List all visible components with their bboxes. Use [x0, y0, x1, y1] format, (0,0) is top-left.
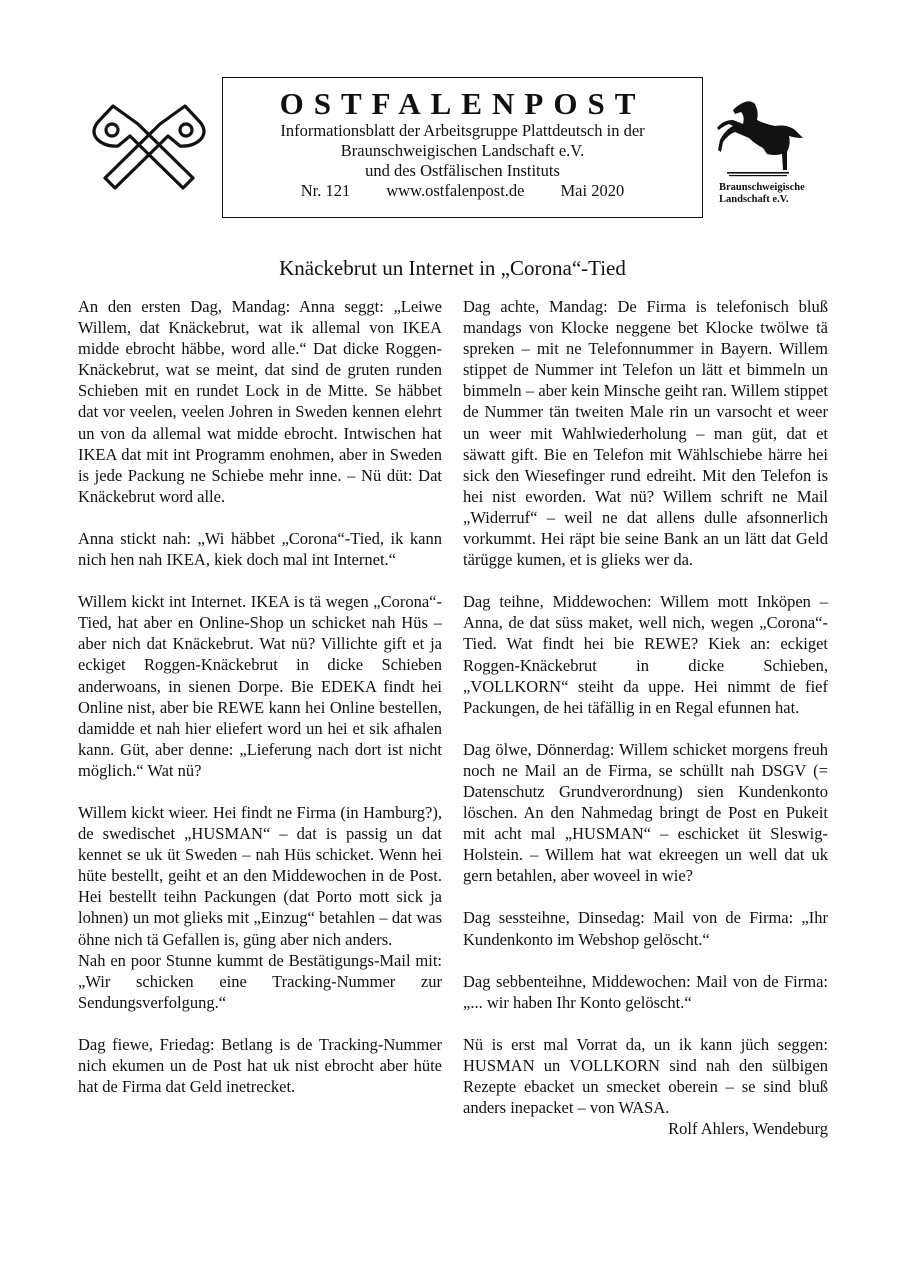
author-signature: Rolf Ahlers, Wendeburg [463, 1118, 828, 1139]
paragraph: Dag fiewe, Friedag: Betlang is de Tracki… [78, 1034, 442, 1097]
logo-caption: Braunschweigische Landschaft e.V. [719, 182, 833, 206]
publication-title: OSTFALENPOST [223, 87, 702, 121]
paragraph: Dag sebbenteihne, Middewochen: Mail von … [463, 971, 828, 1013]
paragraph: Anna stickt nah: „Wi häbbet „Corona“-Tie… [78, 528, 442, 570]
paragraph: Willem kickt int Internet. IKEA is tä we… [78, 591, 442, 781]
article-column-right: Dag achte, Mandag: De Firma is telefonis… [463, 296, 828, 1139]
website-link[interactable]: www.ostfalenpost.de [386, 181, 524, 201]
paragraph: Dag teihne, Middewochen: Willem mott Ink… [463, 591, 828, 718]
subtitle-line-1: Informationsblatt der Arbeitsgruppe Plat… [223, 121, 702, 141]
crossed-keys-icon [88, 100, 210, 192]
article-column-left: An den ersten Dag, Mandag: Anna seggt: „… [78, 296, 442, 1118]
issue-date: Mai 2020 [561, 181, 625, 201]
logo-caption-line-1: Braunschweigische [719, 182, 833, 194]
paragraph: Dag ölwe, Dönnerdag: Willem schicket mor… [463, 739, 828, 887]
paragraph: Willem kickt wieer. Hei findt ne Firma (… [78, 802, 442, 950]
paragraph: An den ersten Dag, Mandag: Anna seggt: „… [78, 296, 442, 507]
rearing-horse-icon [715, 98, 805, 180]
issue-info: Nr. 121 www.ostfalenpost.de Mai 2020 [223, 181, 702, 201]
paragraph: Dag achte, Mandag: De Firma is telefonis… [463, 296, 828, 570]
braunschweigische-landschaft-logo: Braunschweigische Landschaft e.V. [715, 98, 833, 218]
issue-number: Nr. 121 [301, 181, 351, 201]
paragraph: Dag sessteihne, Dinsedag: Mail von de Fi… [463, 907, 828, 949]
logo-caption-line-2: Landschaft e.V. [719, 194, 833, 206]
crossed-keys-logo [88, 100, 210, 192]
paragraph: Nah en poor Stunne kummt de Bestätigungs… [78, 950, 442, 1013]
subtitle-line-3: und des Ostfälischen Instituts [223, 161, 702, 181]
article-headline: Knäckebrut un Internet in „Corona“-Tied [0, 255, 905, 281]
subtitle-line-2: Braunschweigischen Landschaft e.V. [223, 141, 702, 161]
masthead-box: OSTFALENPOST Informationsblatt der Arbei… [222, 77, 703, 218]
paragraph: Nü is erst mal Vorrat da, un ik kann jüc… [463, 1034, 828, 1118]
